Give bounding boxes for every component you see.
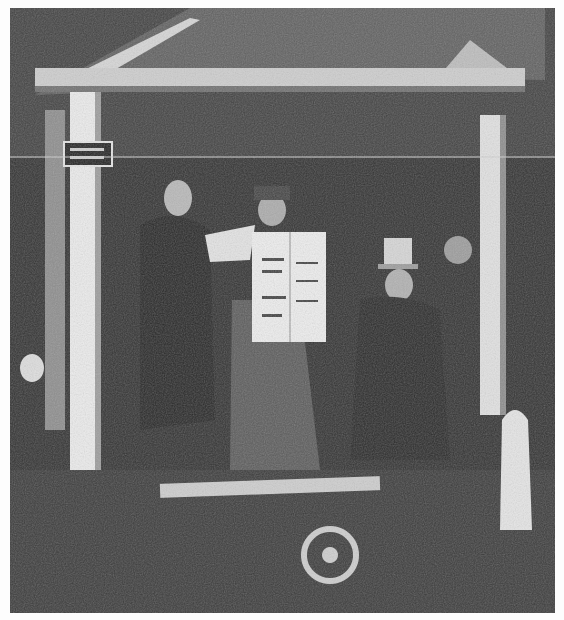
photo-scene [0, 0, 564, 620]
historical-photograph [0, 0, 564, 620]
